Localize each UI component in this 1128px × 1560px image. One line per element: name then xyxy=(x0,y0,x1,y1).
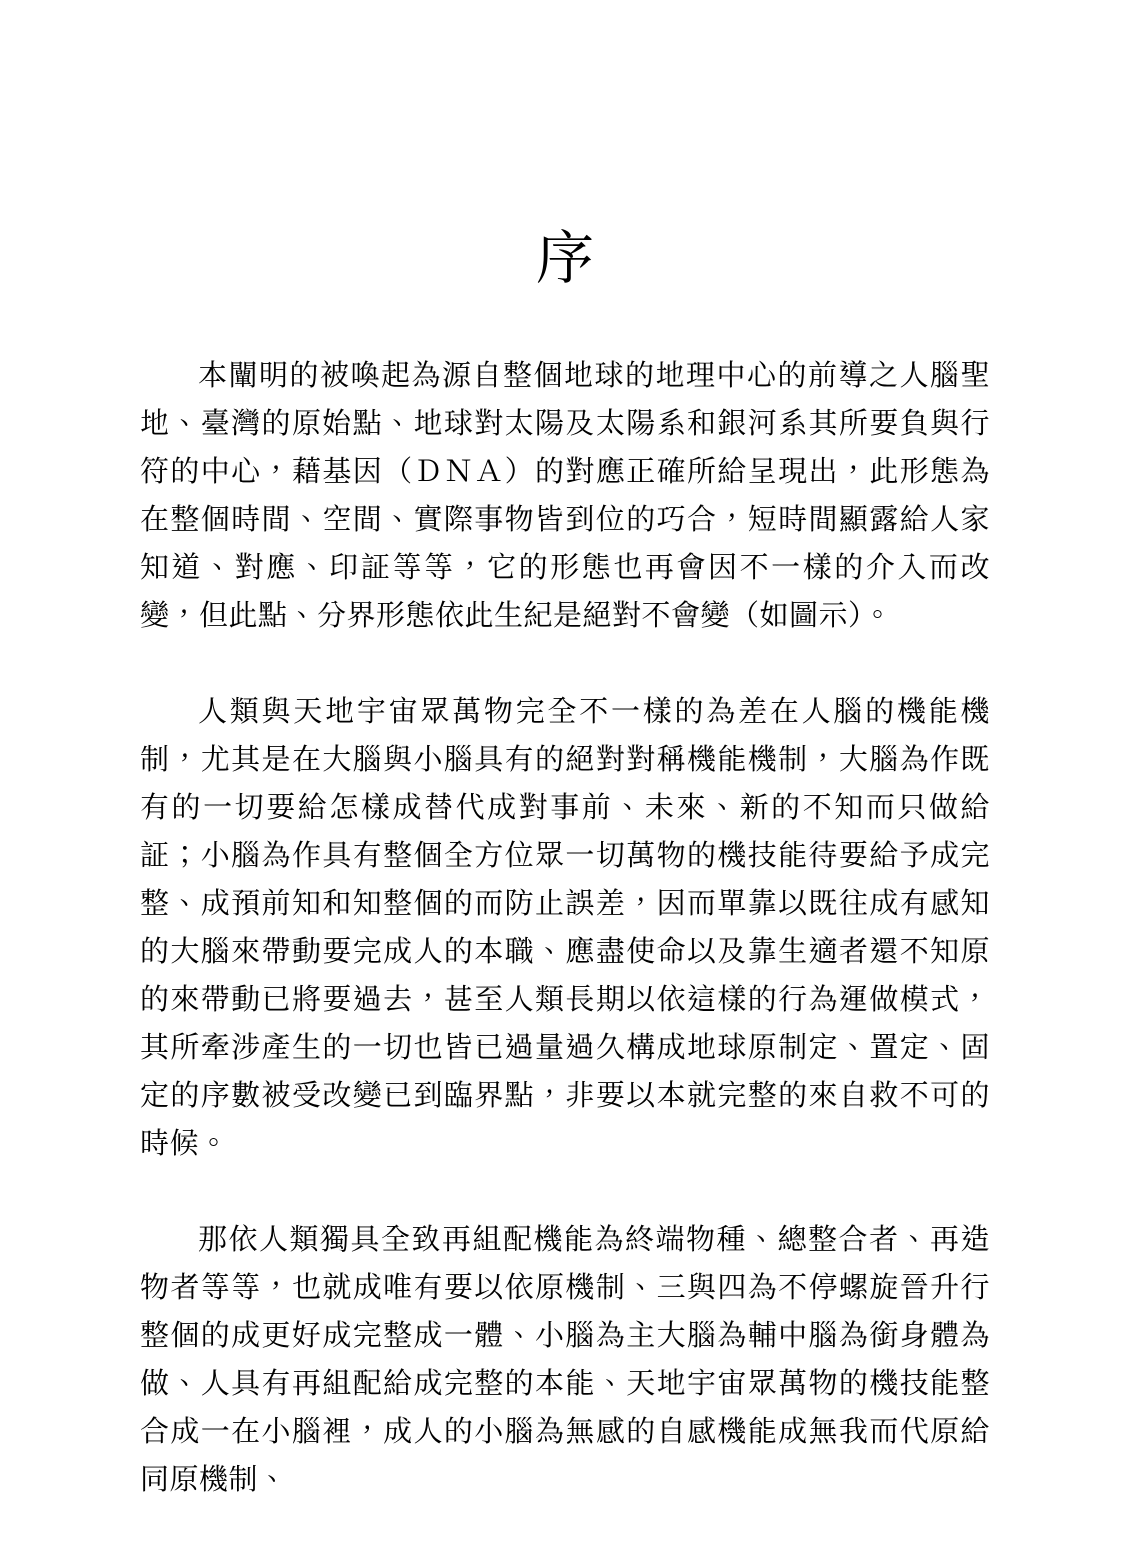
paragraph-1: 本闡明的被喚起為源自整個地球的地理中心的前導之人腦聖地、臺灣的原始點、地球對太陽… xyxy=(140,352,990,640)
document-page: 序 本闡明的被喚起為源自整個地球的地理中心的前導之人腦聖地、臺灣的原始點、地球對… xyxy=(0,0,1128,1560)
paragraph-3: 那依人類獨具全致再組配機能為終端物種、總整合者、再造物者等等，也就成唯有要以依原… xyxy=(140,1216,990,1504)
page-title: 序 xyxy=(140,230,990,288)
document-body: 本闡明的被喚起為源自整個地球的地理中心的前導之人腦聖地、臺灣的原始點、地球對太陽… xyxy=(140,352,990,1504)
paragraph-2: 人類與天地宇宙眾萬物完全不一樣的為差在人腦的機能機制，尤其是在大腦與小腦具有的絕… xyxy=(140,688,990,1168)
